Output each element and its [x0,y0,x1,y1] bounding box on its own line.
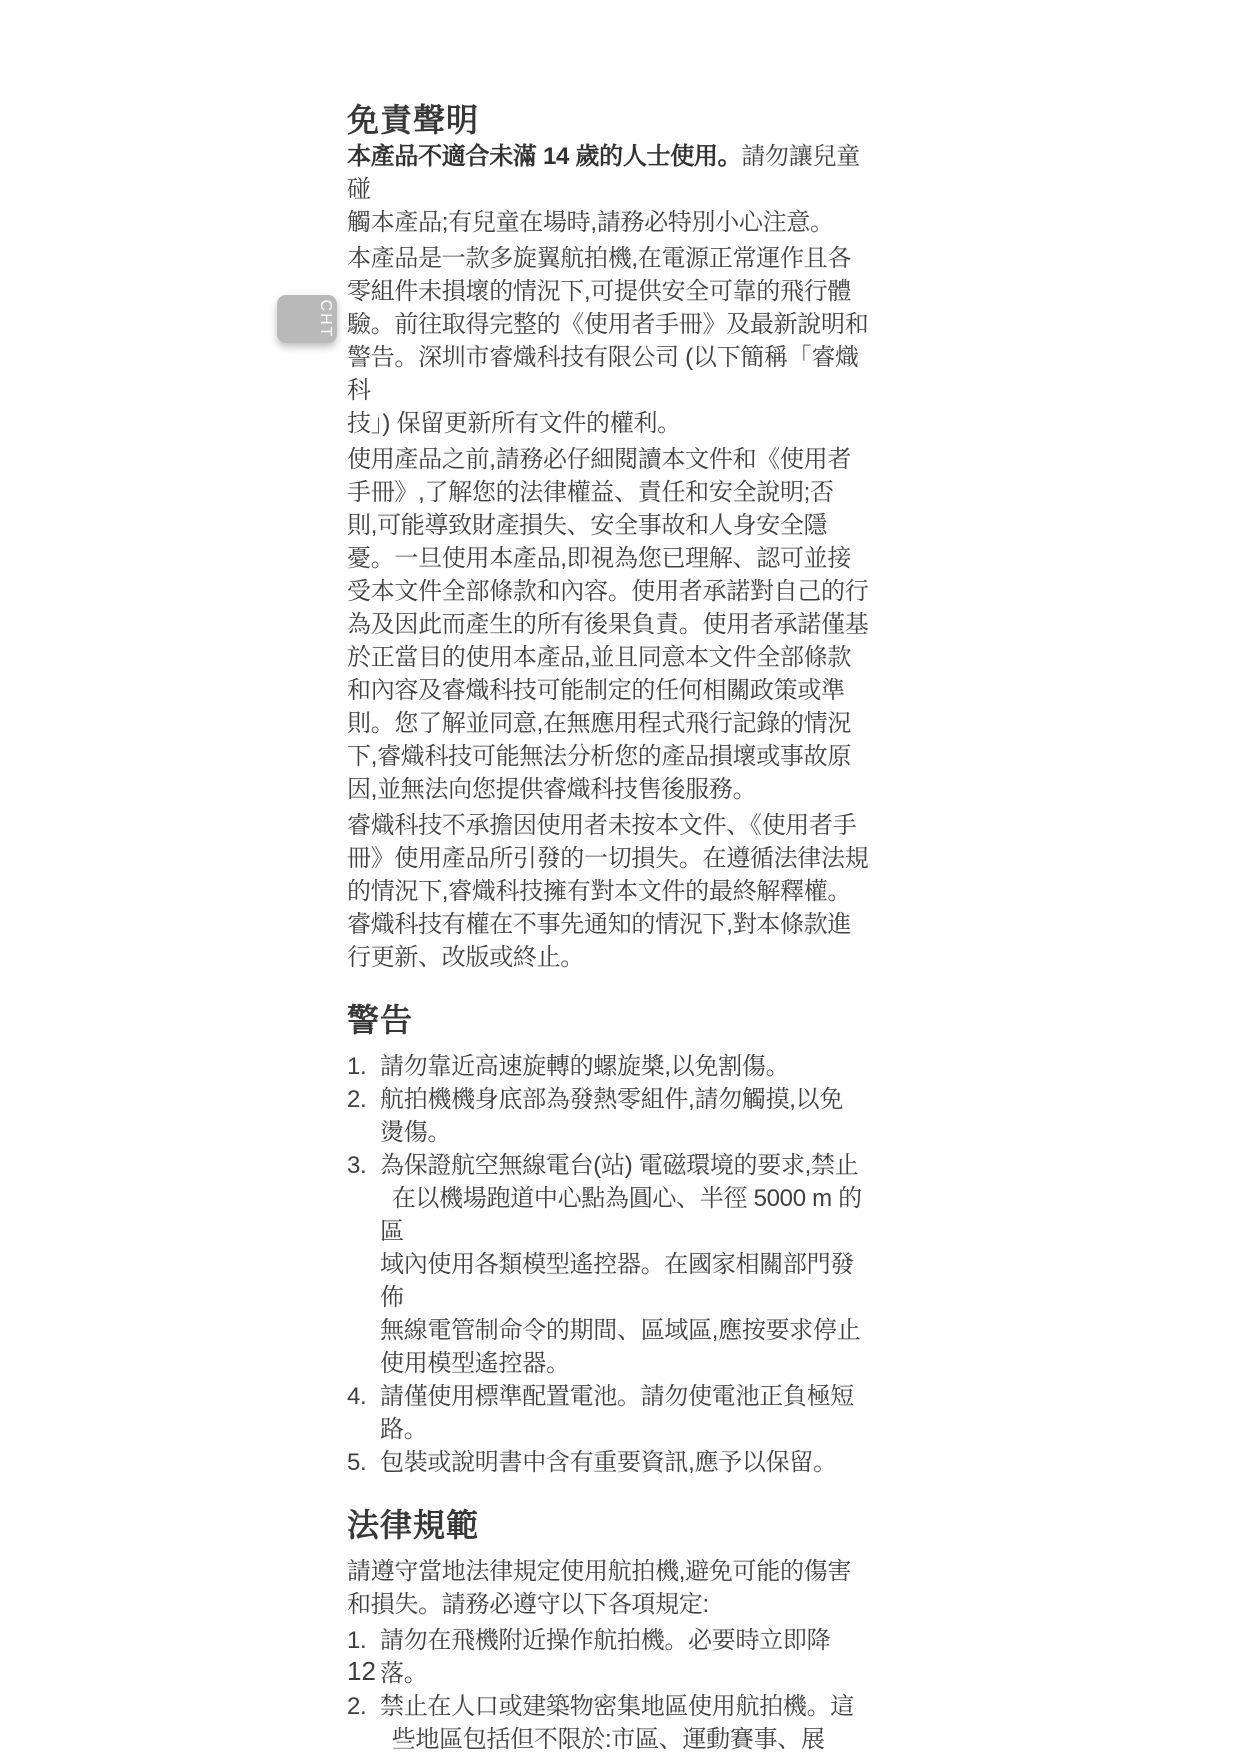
warning-list-item: 1. 請勿靠近高速旋轉的螺旋槳,以免割傷。 [347,1050,872,1083]
legal-list-item: 2. 禁止在人口或建築物密集地區使用航拍機。這 些地區包括但不限於:市區、運動賽… [347,1690,872,1754]
legal-intro-paragraph: 請遵守當地法律規定使用航拍機,避免可能的傷害 和損失。請務必遵守以下各項規定: [347,1555,872,1621]
list-item-text: 請勿在飛機附近操作航拍機。必要時立即降落。 [380,1624,872,1690]
warning-list-item: 5. 包裝或說明書中含有重要資訊,應予以保留。 [347,1446,872,1479]
disclaimer-lead-paragraph: 本產品不適合未滿 14 歲的人士使用。請勿讓兒童碰 觸本產品;有兒童在場時,請務… [347,140,872,239]
list-item-number: 4. [347,1380,380,1446]
list-item-text: 航拍機機身底部為發熱零組件,請勿觸摸,以免 燙傷。 [380,1083,872,1149]
page-content: 免責聲明 本產品不適合未滿 14 歲的人士使用。請勿讓兒童碰 觸本產品;有兒童在… [347,100,872,1754]
list-item-text: 為保證航空無線電台(站) 電磁環境的要求,禁止 在以機場跑道中心點為圓心、半徑 … [380,1149,872,1380]
legal-list: 1. 請勿在飛機附近操作航拍機。必要時立即降落。 2. 禁止在人口或建築物密集地… [347,1624,872,1754]
list-item-number: 3. [347,1149,380,1380]
language-tab-label: CHT [316,300,334,339]
warning-title: 警告 [347,1000,872,1040]
warning-list-item: 4. 請僅使用標準配置電池。請勿使電池正負極短 路。 [347,1380,872,1446]
page-number: 12 [347,1656,376,1687]
disclaimer-paragraph: 使用產品之前,請務必仔細閱讀本文件和《使用者 手冊》,了解您的法律權益、責任和安… [347,443,872,806]
legal-list-item: 1. 請勿在飛機附近操作航拍機。必要時立即降落。 [347,1624,872,1690]
language-tab-cht: CHT [277,295,337,343]
warning-list-item: 2. 航拍機機身底部為發熱零組件,請勿觸摸,以免 燙傷。 [347,1083,872,1149]
disclaimer-paragraph: 睿熾科技不承擔因使用者未按本文件、《使用者手 冊》使用產品所引發的一切損失。在遵… [347,809,872,974]
warning-list-item: 3. 為保證航空無線電台(站) 電磁環境的要求,禁止 在以機場跑道中心點為圓心、… [347,1149,872,1380]
list-item-text: 禁止在人口或建築物密集地區使用航拍機。這 些地區包括但不限於:市區、運動賽事、展 [380,1690,872,1754]
legal-title: 法律規範 [347,1505,872,1545]
list-item-number: 2. [347,1690,380,1754]
disclaimer-title: 免責聲明 [347,100,872,140]
age-restriction-notice: 本產品不適合未滿 14 歲的人士使用。 [347,143,741,170]
manual-page: CHT 免責聲明 本產品不適合未滿 14 歲的人士使用。請勿讓兒童碰 觸本產品;… [0,0,1241,1754]
list-item-number: 2. [347,1083,380,1149]
warning-list: 1. 請勿靠近高速旋轉的螺旋槳,以免割傷。 2. 航拍機機身底部為發熱零組件,請… [347,1050,872,1479]
list-item-text: 包裝或說明書中含有重要資訊,應予以保留。 [380,1446,872,1479]
list-item-number: 1. [347,1050,380,1083]
disclaimer-paragraph: 本產品是一款多旋翼航拍機,在電源正常運作且各 零組件未損壞的情況下,可提供安全可… [347,242,872,440]
list-item-text: 請僅使用標準配置電池。請勿使電池正負極短 路。 [380,1380,872,1446]
list-item-text: 請勿靠近高速旋轉的螺旋槳,以免割傷。 [380,1050,872,1083]
list-item-number: 5. [347,1446,380,1479]
